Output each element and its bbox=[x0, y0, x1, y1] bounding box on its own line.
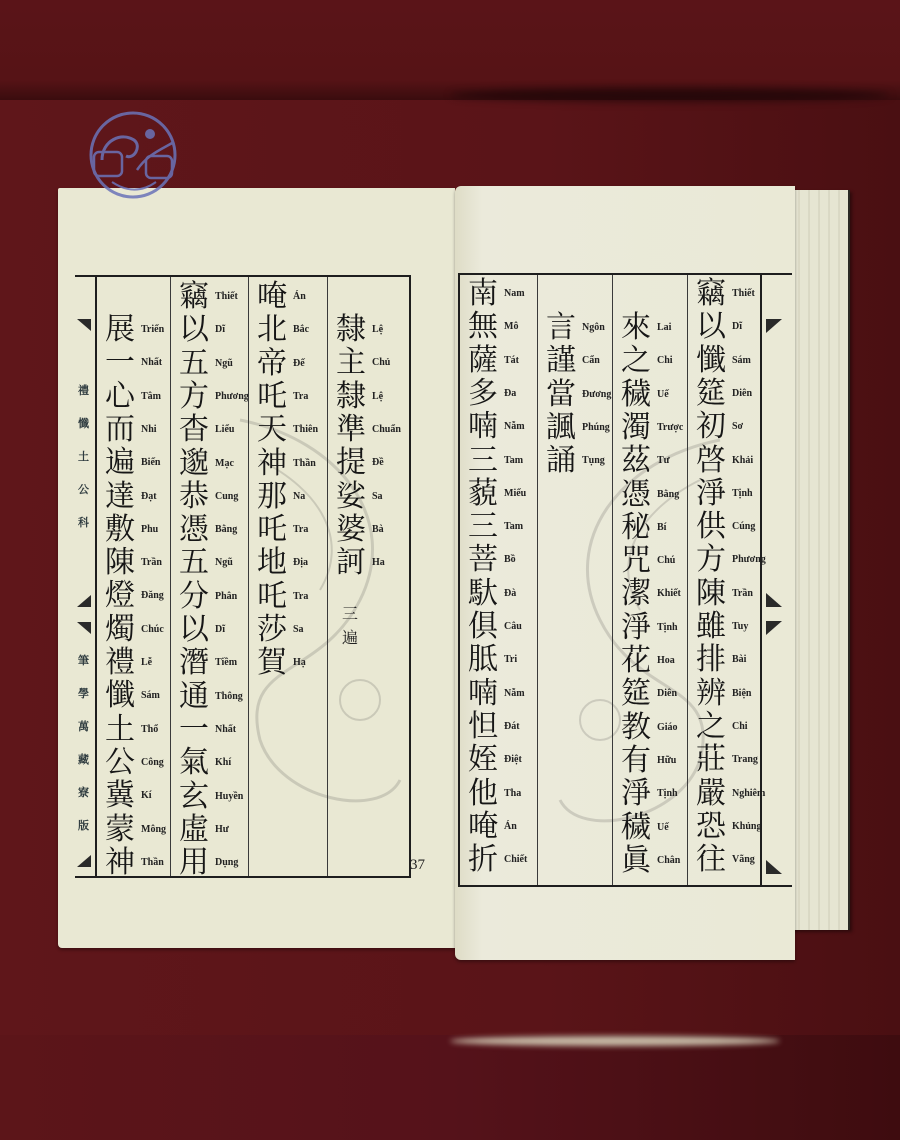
han-character: 天 bbox=[253, 415, 291, 445]
romanization-label: Khải bbox=[732, 455, 753, 466]
romanization-label: Cung bbox=[215, 491, 238, 502]
bottom-background-band bbox=[0, 1035, 900, 1140]
han-character: 之 bbox=[617, 346, 655, 376]
fishtail-marker-icon bbox=[766, 860, 782, 874]
han-character: 一 bbox=[101, 348, 139, 378]
spine-publisher-char: 學 bbox=[78, 685, 89, 701]
romanization-label: Ha bbox=[372, 557, 385, 568]
han-character: 懺 bbox=[692, 346, 730, 376]
han-character: 潔 bbox=[617, 579, 655, 609]
romanization-label: Mạc bbox=[215, 458, 234, 469]
romanization-label: Sa bbox=[372, 491, 383, 502]
romanization-label: Biến bbox=[141, 457, 160, 468]
text-column: 竊以懺筵初啓淨供方陳雖排辨之莊嚴恐往ThiếtDĩSámDiênSơKhảiTị… bbox=[687, 275, 762, 885]
romanization-label: Sa bbox=[293, 624, 304, 635]
han-character: 謹 bbox=[542, 346, 580, 376]
romanization-label: Tiềm bbox=[215, 657, 237, 668]
han-character: 陳 bbox=[692, 579, 730, 609]
page-number: 37 bbox=[410, 857, 425, 874]
spine-publisher-char: 版 bbox=[78, 817, 89, 833]
han-character: 吒 bbox=[253, 582, 291, 612]
han-character: 他 bbox=[464, 779, 502, 809]
text-column: 隸主隸準提娑婆訶LệChủLệChuẩnĐềSaBàHa三遍 bbox=[327, 277, 409, 876]
han-character: 茲 bbox=[617, 446, 655, 476]
han-character: 馱 bbox=[464, 579, 502, 609]
han-character: 帝 bbox=[253, 349, 291, 379]
romanization-label: Trược bbox=[657, 422, 683, 433]
han-character: 北 bbox=[253, 315, 291, 345]
romanization-label: Lễ bbox=[141, 657, 152, 668]
fishtail-marker-icon bbox=[766, 593, 782, 607]
romanization-label: Chiết bbox=[504, 854, 527, 865]
han-character: 陳 bbox=[101, 548, 139, 578]
romanization-label: Trần bbox=[732, 588, 753, 599]
han-character: 怛 bbox=[464, 712, 502, 742]
romanization-label: Bằng bbox=[657, 489, 679, 500]
han-character: 分 bbox=[175, 582, 213, 612]
text-column: 竊以五方杳邈恭憑五分以潛通一氣玄虛用ThiếtDĩNgũPhươngLiểuMạ… bbox=[170, 277, 248, 876]
romanization-label: Câu bbox=[504, 621, 522, 632]
han-character: 淨 bbox=[692, 479, 730, 509]
romanization-label: Na bbox=[293, 491, 305, 502]
romanization-label: Biện bbox=[732, 688, 751, 699]
han-character: 折 bbox=[464, 845, 502, 875]
han-character: 潛 bbox=[175, 648, 213, 678]
romanization-label: Hoa bbox=[657, 655, 675, 666]
han-character: 多 bbox=[464, 379, 502, 409]
han-character: 隸 bbox=[332, 382, 370, 412]
han-character: 有 bbox=[617, 746, 655, 776]
han-character: 而 bbox=[101, 415, 139, 445]
han-character: 以 bbox=[175, 315, 213, 345]
romanization-label: Bài bbox=[732, 654, 746, 665]
romanization-label: Thông bbox=[215, 691, 243, 702]
romanization-label: Diên bbox=[732, 388, 752, 399]
han-character: 以 bbox=[692, 312, 730, 342]
han-character: 眞 bbox=[617, 846, 655, 876]
text-column: 來之穢濁茲憑秘咒潔淨花筵教有淨穢眞LaiChiUếTrượcTưBằngBíCh… bbox=[612, 275, 687, 885]
han-character: 蒙 bbox=[101, 815, 139, 845]
han-character: 嚴 bbox=[692, 779, 730, 809]
romanization-label: Chúc bbox=[141, 624, 164, 635]
repeat-note: 遍 bbox=[342, 625, 358, 648]
han-character: 五 bbox=[175, 349, 213, 379]
han-character: 姪 bbox=[464, 745, 502, 775]
romanization-label: Ngôn bbox=[582, 322, 605, 333]
romanization-label: Nẫm bbox=[504, 688, 525, 699]
romanization-label: Thiên bbox=[293, 424, 318, 435]
romanization-label: Uế bbox=[657, 389, 669, 400]
han-character: 土 bbox=[101, 715, 139, 745]
romanization-label: Lai bbox=[657, 322, 671, 333]
han-character: 言 bbox=[542, 313, 580, 343]
han-character: 氣 bbox=[175, 748, 213, 778]
left-spine-margin: 禮 懺 土 公 科 筆 學 萬 藏 寮 版 bbox=[75, 277, 95, 876]
han-character: 諷 bbox=[542, 413, 580, 443]
han-character: 教 bbox=[617, 713, 655, 743]
han-character: 五 bbox=[175, 548, 213, 578]
romanization-label: Huyền bbox=[215, 791, 243, 802]
han-character: 莎 bbox=[253, 615, 291, 645]
romanization-label: Địa bbox=[293, 557, 308, 568]
han-character: 雖 bbox=[692, 612, 730, 642]
romanization-label: Khiết bbox=[657, 588, 681, 599]
han-character: 供 bbox=[692, 512, 730, 542]
romanization-label: Bắc bbox=[293, 324, 309, 335]
han-character: 通 bbox=[175, 682, 213, 712]
spine-title-char: 禮 bbox=[78, 382, 89, 398]
romanization-label: Tát bbox=[504, 355, 519, 366]
romanization-label: Uế bbox=[657, 822, 669, 833]
romanization-label: Mô bbox=[504, 321, 518, 332]
page-reflection bbox=[450, 1036, 780, 1046]
romanization-label: Chủ bbox=[372, 357, 390, 368]
han-character: 提 bbox=[332, 448, 370, 478]
romanization-label: Tam bbox=[504, 521, 523, 532]
han-character: 喃 bbox=[464, 679, 502, 709]
romanization-label: Ngũ bbox=[215, 358, 233, 369]
romanization-label: Tra bbox=[293, 591, 308, 602]
spine-title-char: 懺 bbox=[78, 415, 89, 431]
han-character: 當 bbox=[542, 380, 580, 410]
romanization-label: Đát bbox=[504, 721, 520, 732]
han-character: 濁 bbox=[617, 413, 655, 443]
han-character: 隸 bbox=[332, 315, 370, 345]
text-column: 展一心而遍達敷陳燈燭禮懺土公冀蒙神TriểnNhấtTâmNhiBiếnĐạtP… bbox=[95, 277, 170, 876]
romanization-label: Tra bbox=[293, 524, 308, 535]
fishtail-marker-icon bbox=[77, 855, 91, 867]
romanization-label: Đạt bbox=[141, 491, 157, 502]
han-character: 婆 bbox=[332, 515, 370, 545]
han-character: 燈 bbox=[101, 581, 139, 611]
spine-publisher-char: 藏 bbox=[78, 751, 89, 767]
han-character: 秘 bbox=[617, 513, 655, 543]
han-character: 初 bbox=[692, 412, 730, 442]
han-character: 咒 bbox=[617, 546, 655, 576]
han-character: 胝 bbox=[464, 645, 502, 675]
han-character: 莊 bbox=[692, 745, 730, 775]
page-shadow bbox=[450, 88, 890, 102]
han-character: 娑 bbox=[332, 482, 370, 512]
romanization-label: Dụng bbox=[215, 857, 238, 868]
spine-title-char: 公 bbox=[78, 481, 89, 497]
romanization-label: Đế bbox=[293, 358, 305, 369]
romanization-label: Trang bbox=[732, 754, 758, 765]
romanization-label: Tụng bbox=[582, 455, 605, 466]
han-character: 辨 bbox=[692, 679, 730, 709]
fishtail-marker-icon bbox=[77, 595, 91, 607]
han-character: 竊 bbox=[175, 282, 213, 312]
han-character: 一 bbox=[175, 715, 213, 745]
han-character: 訶 bbox=[332, 548, 370, 578]
han-character: 方 bbox=[692, 545, 730, 575]
top-background-band bbox=[0, 0, 900, 100]
han-character: 淨 bbox=[617, 779, 655, 809]
romanization-label: Hư bbox=[215, 824, 229, 835]
han-character: 以 bbox=[175, 615, 213, 645]
han-character: 準 bbox=[332, 415, 370, 445]
romanization-label: Tra bbox=[293, 391, 308, 402]
romanization-label: Nam bbox=[504, 288, 525, 299]
han-character: 唵 bbox=[464, 812, 502, 842]
han-character: 地 bbox=[253, 548, 291, 578]
romanization-label: Đa bbox=[504, 388, 516, 399]
crane-seal-logo-icon bbox=[82, 110, 184, 200]
romanization-label: Bí bbox=[657, 522, 666, 533]
han-character: 喃 bbox=[464, 412, 502, 442]
han-character: 啓 bbox=[692, 446, 730, 476]
han-character: 俱 bbox=[464, 612, 502, 642]
romanization-label: Tịnh bbox=[657, 622, 678, 633]
han-character: 憑 bbox=[617, 480, 655, 510]
han-character: 遍 bbox=[101, 448, 139, 478]
romanization-label: Tâm bbox=[141, 391, 161, 402]
romanization-label: Đề bbox=[372, 457, 384, 468]
romanization-label: Sám bbox=[732, 355, 751, 366]
han-character: 竊 bbox=[692, 279, 730, 309]
han-character: 賀 bbox=[253, 648, 291, 678]
romanization-label: Khí bbox=[215, 757, 231, 768]
romanization-label: Thiết bbox=[215, 291, 238, 302]
han-character: 穢 bbox=[617, 380, 655, 410]
romanization-label: Chuẩn bbox=[372, 424, 401, 435]
han-character: 虛 bbox=[175, 815, 213, 845]
romanization-label: Thiết bbox=[732, 288, 755, 299]
romanization-label: Bà bbox=[372, 524, 384, 535]
left-page-text-frame: 禮 懺 土 公 科 筆 學 萬 藏 寮 版 展一心而遍達敷陳燈燭禮懺土公冀蒙神T… bbox=[75, 275, 411, 878]
romanization-label: Trần bbox=[141, 557, 162, 568]
romanization-label: Lệ bbox=[372, 324, 383, 335]
romanization-label: Nẫm bbox=[504, 421, 525, 432]
romanization-label: Triển bbox=[141, 324, 164, 335]
romanization-label: Dĩ bbox=[215, 324, 225, 335]
han-character: 燭 bbox=[101, 615, 139, 645]
romanization-label: Tư bbox=[657, 455, 670, 466]
han-character: 排 bbox=[692, 645, 730, 675]
romanization-label: Nhi bbox=[141, 424, 157, 435]
romanization-label: Kí bbox=[141, 790, 152, 801]
han-character: 唵 bbox=[253, 282, 291, 312]
romanization-label: Liểu bbox=[215, 424, 234, 435]
han-character: 神 bbox=[101, 848, 139, 878]
romanization-label: Nhất bbox=[215, 724, 236, 735]
han-character: 筵 bbox=[692, 379, 730, 409]
romanization-label: Chi bbox=[732, 721, 748, 732]
romanization-label: Công bbox=[141, 757, 164, 768]
romanization-label: Phu bbox=[141, 524, 158, 535]
spine-title-char: 土 bbox=[78, 448, 89, 464]
romanization-label: Thổ bbox=[141, 724, 158, 735]
romanization-label: Thần bbox=[293, 458, 316, 469]
romanization-label: Khủng bbox=[732, 821, 761, 832]
romanization-label: Đương bbox=[582, 389, 611, 400]
han-character: 那 bbox=[253, 482, 291, 512]
han-character: 冀 bbox=[101, 781, 139, 811]
romanization-label: Tịnh bbox=[657, 788, 678, 799]
han-character: 懺 bbox=[101, 681, 139, 711]
romanization-label: Phúng bbox=[582, 422, 610, 433]
romanization-label: Dĩ bbox=[732, 321, 742, 332]
romanization-label: Nhất bbox=[141, 357, 162, 368]
spine-publisher-char: 萬 bbox=[78, 718, 89, 734]
han-character: 花 bbox=[617, 646, 655, 676]
romanization-label: Tha bbox=[504, 788, 521, 799]
han-character: 之 bbox=[692, 712, 730, 742]
han-character: 敷 bbox=[101, 515, 139, 545]
romanization-label: Án bbox=[504, 821, 517, 832]
romanization-label: Giáo bbox=[657, 722, 678, 733]
han-character: 筵 bbox=[617, 679, 655, 709]
romanization-label: Sơ bbox=[732, 421, 743, 432]
han-character: 無 bbox=[464, 312, 502, 342]
text-column: 南無薩多喃三藐三菩馱俱胝喃怛姪他唵折NamMôTátĐaNẫmTamMiểuTa… bbox=[460, 275, 537, 885]
han-character: 三 bbox=[464, 446, 502, 476]
romanization-label: Điệt bbox=[504, 754, 522, 765]
fishtail-marker-icon bbox=[766, 319, 782, 333]
romanization-label: Mông bbox=[141, 824, 166, 835]
han-character: 方 bbox=[175, 382, 213, 412]
romanization-label: Chi bbox=[657, 355, 673, 366]
han-character: 玄 bbox=[175, 782, 213, 812]
romanization-label: Đà bbox=[504, 588, 516, 599]
romanization-label: Phân bbox=[215, 591, 237, 602]
han-character: 薩 bbox=[464, 346, 502, 376]
spine-title-char: 科 bbox=[78, 514, 89, 530]
romanization-label: Bằng bbox=[215, 524, 237, 535]
romanization-label: Tri bbox=[504, 654, 517, 665]
romanization-label: Tuy bbox=[732, 621, 748, 632]
text-column: 言謹當諷誦NgônCẩnĐươngPhúngTụng bbox=[537, 275, 612, 885]
romanization-label: Vãng bbox=[732, 854, 755, 865]
fishtail-marker-icon bbox=[77, 319, 91, 331]
romanization-label: Sám bbox=[141, 690, 160, 701]
romanization-label: Chân bbox=[657, 855, 680, 866]
page-stack-edge bbox=[790, 190, 850, 930]
romanization-label: Đăng bbox=[141, 590, 164, 601]
han-character: 南 bbox=[464, 279, 502, 309]
text-column: 唵北帝吒天神那吒地吒莎賀ÁnBắcĐếTraThiênThầnNaTraĐịaT… bbox=[248, 277, 327, 876]
spine-publisher-char: 筆 bbox=[78, 652, 89, 668]
han-character: 主 bbox=[332, 348, 370, 378]
han-character: 恐 bbox=[692, 812, 730, 842]
han-character: 菩 bbox=[464, 545, 502, 575]
han-character: 杳 bbox=[175, 415, 213, 445]
romanization-label: Chú bbox=[657, 555, 675, 566]
romanization-label: Án bbox=[293, 291, 306, 302]
han-character: 憑 bbox=[175, 515, 213, 545]
romanization-label: Lệ bbox=[372, 391, 383, 402]
romanization-label: Cúng bbox=[732, 521, 755, 532]
han-character: 穢 bbox=[617, 813, 655, 843]
repeat-note: 三 bbox=[342, 601, 358, 624]
han-character: 禮 bbox=[101, 648, 139, 678]
han-character: 恭 bbox=[175, 482, 213, 512]
han-character: 展 bbox=[101, 315, 139, 345]
romanization-label: Hạ bbox=[293, 657, 306, 668]
romanization-label: Ngũ bbox=[215, 557, 233, 568]
han-character: 心 bbox=[101, 382, 139, 412]
romanization-label: Cẩn bbox=[582, 355, 600, 366]
han-character: 達 bbox=[101, 482, 139, 512]
han-character: 公 bbox=[101, 748, 139, 778]
fishtail-marker-icon bbox=[766, 621, 782, 635]
romanization-label: Bồ bbox=[504, 554, 516, 565]
han-character: 神 bbox=[253, 449, 291, 479]
han-character: 吒 bbox=[253, 382, 291, 412]
han-character: 淨 bbox=[617, 613, 655, 643]
romanization-label: Phương bbox=[215, 391, 249, 402]
romanization-label: Thần bbox=[141, 857, 164, 868]
han-character: 三 bbox=[464, 512, 502, 542]
han-character: 誦 bbox=[542, 446, 580, 476]
romanization-label: Dĩ bbox=[215, 624, 225, 635]
romanization-label: Miểu bbox=[504, 488, 526, 499]
han-character: 來 bbox=[617, 313, 655, 343]
fishtail-marker-icon bbox=[77, 622, 91, 634]
romanization-label: Hữu bbox=[657, 755, 676, 766]
romanization-label: Diên bbox=[657, 688, 677, 699]
spine-publisher-char: 寮 bbox=[78, 784, 89, 800]
romanization-label: Tịnh bbox=[732, 488, 753, 499]
right-spine-margin bbox=[760, 273, 792, 887]
han-character: 用 bbox=[175, 848, 213, 878]
han-character: 往 bbox=[692, 845, 730, 875]
han-character: 藐 bbox=[464, 479, 502, 509]
han-character: 吒 bbox=[253, 515, 291, 545]
romanization-label: Tam bbox=[504, 455, 523, 466]
right-page-text-frame: 南無薩多喃三藐三菩馱俱胝喃怛姪他唵折NamMôTátĐaNẫmTamMiểuTa… bbox=[458, 273, 760, 887]
han-character: 邈 bbox=[175, 449, 213, 479]
